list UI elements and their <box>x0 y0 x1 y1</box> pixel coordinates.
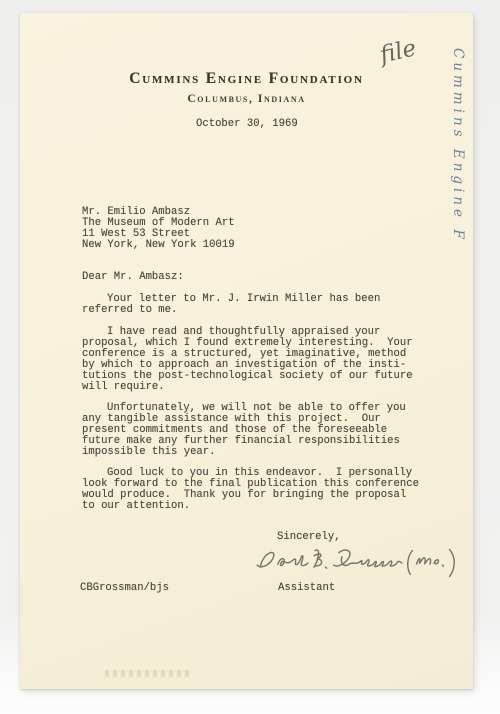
letterhead-location: Columbus, Indiana <box>20 93 473 105</box>
letter-date: October 30, 1969 <box>196 119 298 130</box>
signature-title: Assistant <box>278 583 335 594</box>
faint-inscription <box>105 670 189 677</box>
pencil-file-note: file <box>378 35 419 69</box>
handwritten-signature <box>250 544 462 582</box>
letter-page: Cummins Engine Foundation Columbus, Indi… <box>20 13 473 689</box>
body-paragraph-1: Your letter to Mr. J. Irwin Miller has b… <box>82 294 454 316</box>
letterhead-organization: Cummins Engine Foundation <box>20 70 473 88</box>
salutation: Dear Mr. Ambasz: <box>82 272 184 283</box>
recipient-address: Mr. Emilio Ambasz The Museum of Modern A… <box>82 207 235 251</box>
body-paragraph-3: Unfortunately, we will not be able to of… <box>82 403 454 458</box>
body-paragraph-4: Good luck to you in this endeavor. I per… <box>82 468 454 512</box>
reference-initials: CBGrossman/bjs <box>80 583 169 594</box>
scan-background: Cummins Engine Foundation Columbus, Indi… <box>0 0 500 714</box>
blue-margin-note: Cummins Engine F <box>449 48 466 260</box>
closing-sincerely: Sincerely, <box>277 532 341 543</box>
signature-name-text: Carol B. Grossman (Mrs.) <box>20 13 21 14</box>
body-paragraph-2: I have read and thoughtfully appraised y… <box>82 327 454 393</box>
